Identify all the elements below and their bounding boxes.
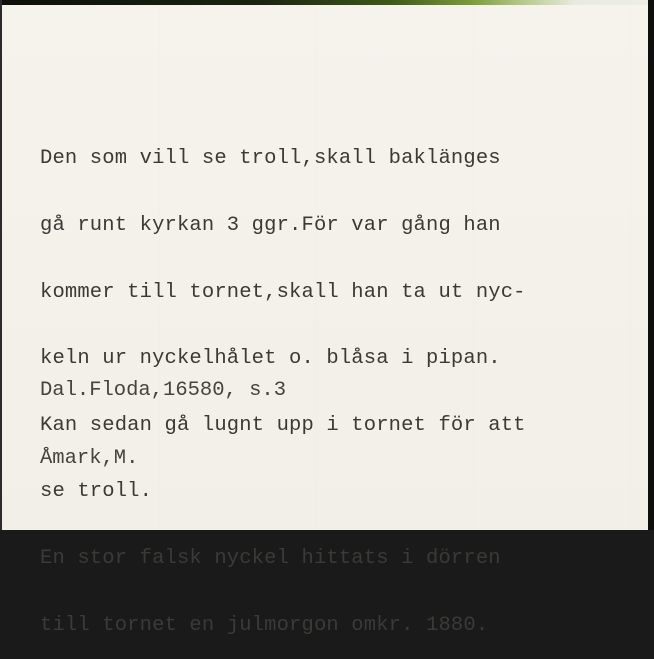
- card-source-info: Dal.Floda,16580, s.3 Åmark,M.: [40, 333, 286, 492]
- source-reference: Dal.Floda,16580, s.3: [40, 379, 286, 401]
- body-line-3: kommer till tornet,skall han ta ut nyc-: [40, 282, 526, 304]
- body-line-1: Den som vill se troll,skall baklänges: [40, 148, 526, 170]
- source-recorder: Åmark,M.: [40, 447, 286, 469]
- body-line-2: gå runt kyrkan 3 ggr.För var gång han: [40, 215, 526, 237]
- scan-right-edge: [648, 0, 654, 530]
